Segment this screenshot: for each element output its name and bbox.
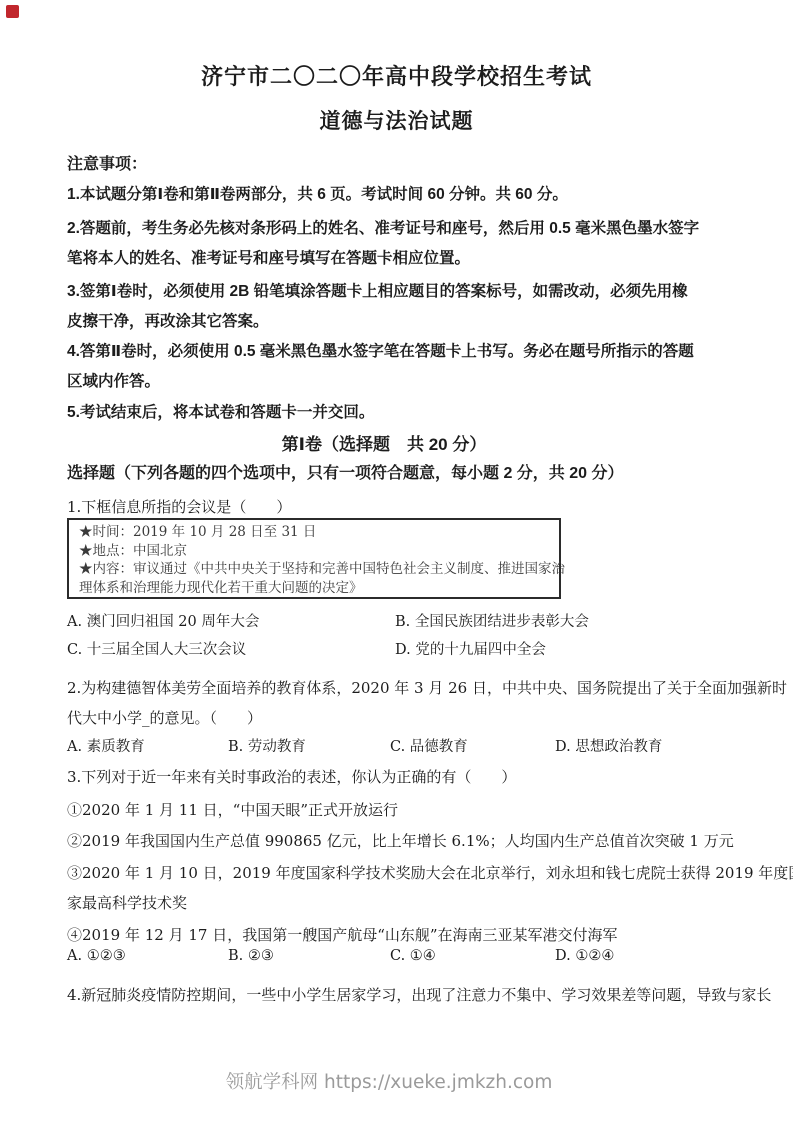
red-stamp-icon <box>6 5 19 18</box>
question-2-options-row: A. 素质教育 B. 劳动教育 C. 品德教育 D. 思想政治教育 <box>0 735 793 757</box>
question-1-info-box: ★时间：2019 年 10 月 28 日至 31 日 ★地点：中国北京 ★内容：… <box>67 518 561 599</box>
info-box-content-line: 理体系和治理能力现代化若干重大问题的决定》 <box>79 579 549 598</box>
notice-item-1: 1.本试题分第Ⅰ卷和第Ⅱ卷两部分，共 6 页。考试时间 60 分钟。共 60 分… <box>67 180 568 210</box>
watermark-text: 领航学科网 https://xueke.jmkzh.com <box>0 1068 778 1094</box>
question-2-stem-line: 2.为构建德智体美劳全面培养的教育体系，2020 年 3 月 26 日，中共中央… <box>67 673 787 703</box>
option-2D: D. 思想政治教育 <box>555 735 662 756</box>
page-title: 济宁市二〇二〇年高中段学校招生考试 <box>0 64 793 90</box>
question-2-stem-line: 代大中小学_的意见。（ ） <box>67 703 787 733</box>
option-2B: B. 劳动教育 <box>228 735 306 756</box>
option-1C: C. 十三届全国人大三次会议 <box>67 638 246 659</box>
info-box-time-line: ★时间：2019 年 10 月 28 日至 31 日 <box>79 523 549 542</box>
question-1-options-row-1: A. 澳门回归祖国 20 周年大会 B. 全国民族团结进步表彰大会 <box>0 610 793 632</box>
question-3-item-2: ②2019 年我国国内生产总值 990865 亿元，比上年增长 6.1%；人均国… <box>67 826 734 856</box>
exam-paper-page: 济宁市二〇二〇年高中段学校招生考试 道德与法治试题 注意事项： 1.本试题分第Ⅰ… <box>0 0 793 1122</box>
notice-item-5-line: 5.考试结束后，将本试卷和答题卡一并交回。 <box>67 398 374 428</box>
info-box-place-line: ★地点：中国北京 <box>79 542 549 561</box>
question-1-options-row-2: C. 十三届全国人大三次会议 D. 党的十九届四中全会 <box>0 638 793 660</box>
notice-item-3-line: 皮擦干净，再改涂其它答案。 <box>67 307 688 337</box>
question-3-item-3-line: ③2020 年 1 月 10 日，2019 年度国家科学技术奖励大会在北京举行，… <box>67 858 793 888</box>
option-3C: C. ①④ <box>390 948 436 964</box>
section-1-title: 第Ⅰ卷（选择题 共 20 分） <box>0 430 768 455</box>
notice-item-4: 4.答第Ⅱ卷时，必须使用 0.5 毫米黑色墨水签字笔在答题卡上书写。务必在题号所… <box>67 337 694 397</box>
option-2A: A. 素质教育 <box>67 735 145 756</box>
option-1A: A. 澳门回归祖国 20 周年大会 <box>67 610 259 631</box>
option-3A: A. ①②③ <box>67 948 126 964</box>
info-box-content-line: ★内容：审议通过《中共中央关于坚持和完善中国特色社会主义制度、推进国家治 <box>79 560 549 579</box>
option-1D: D. 党的十九届四中全会 <box>395 638 546 659</box>
question-3-item-4: ④2019 年 12 月 17 日，我国第一艘国产航母“山东舰”在海南三亚某军港… <box>67 920 618 950</box>
selection-instruction: 选择题（下列各题的四个选项中，只有一项符合题意，每小题 2 分，共 20 分） <box>67 460 623 483</box>
notice-item-4-line: 4.答第Ⅱ卷时，必须使用 0.5 毫米黑色墨水签字笔在答题卡上书写。务必在题号所… <box>67 337 694 367</box>
question-3-options-row: A. ①②③ B. ②③ C. ①④ D. ①②④ <box>0 948 793 970</box>
question-3-item-3-line: 家最高科学技术奖 <box>67 888 793 918</box>
notice-item-1-line: 1.本试题分第Ⅰ卷和第Ⅱ卷两部分，共 6 页。考试时间 60 分钟。共 60 分… <box>67 180 568 210</box>
notice-item-4-line: 区域内作答。 <box>67 367 694 397</box>
question-3-item-1: ①2020 年 1 月 11 日，“中国天眼”正式开放运行 <box>67 795 398 825</box>
question-3-item-3: ③2020 年 1 月 10 日，2019 年度国家科学技术奖励大会在北京举行，… <box>67 858 793 918</box>
notice-item-2-line: 笔将本人的姓名、准考证号和座号填写在答题卡相应位置。 <box>67 244 699 274</box>
option-3D: D. ①②④ <box>555 948 614 964</box>
question-2-stem: 2.为构建德智体美劳全面培养的教育体系，2020 年 3 月 26 日，中共中央… <box>67 673 787 733</box>
notice-item-2: 2.答题前，考生务必先核对条形码上的姓名、准考证号和座号，然后用 0.5 毫米黑… <box>67 214 699 274</box>
option-3B: B. ②③ <box>228 948 274 964</box>
option-2C: C. 品德教育 <box>390 735 468 756</box>
notice-item-2-line: 2.答题前，考生务必先核对条形码上的姓名、准考证号和座号，然后用 0.5 毫米黑… <box>67 214 699 244</box>
question-4-stem: 4.新冠肺炎疫情防控期间，一些中小学生居家学习，出现了注意力不集中、学习效果差等… <box>67 980 771 1010</box>
notice-item-5: 5.考试结束后，将本试卷和答题卡一并交回。 <box>67 398 374 428</box>
option-1B: B. 全国民族团结进步表彰大会 <box>395 610 589 631</box>
page-subtitle: 道德与法治试题 <box>0 109 793 134</box>
notice-item-3: 3.签第Ⅰ卷时，必须使用 2B 铅笔填涂答题卡上相应题目的答案标号，如需改动，必… <box>67 277 688 337</box>
notices-heading: 注意事项： <box>67 151 147 174</box>
notice-item-3-line: 3.签第Ⅰ卷时，必须使用 2B 铅笔填涂答题卡上相应题目的答案标号，如需改动，必… <box>67 277 688 307</box>
question-3-stem: 3.下列对于近一年来有关时事政治的表述，你认为正确的有（ ） <box>67 762 516 792</box>
